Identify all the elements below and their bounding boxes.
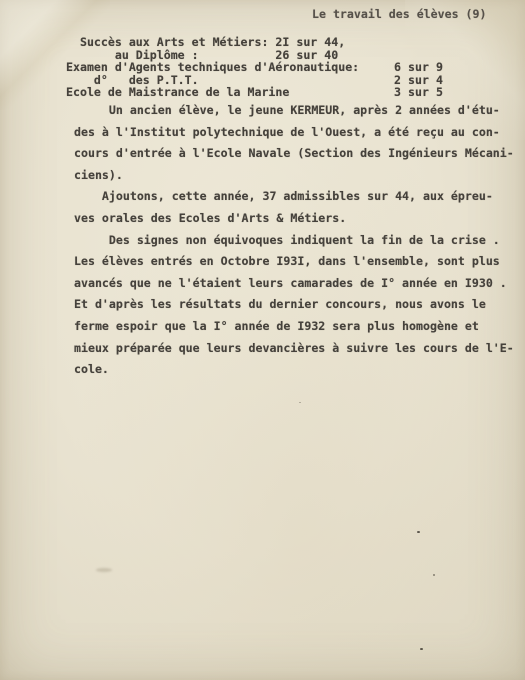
- paragraph: Un ancien élève, le jeune KERMEUR, après…: [74, 100, 514, 186]
- text-line: Ajoutons, cette année, 37 admissibles su…: [74, 186, 514, 208]
- body-text: Un ancien élève, le jeune KERMEUR, après…: [74, 100, 514, 381]
- text-line: cole.: [74, 359, 514, 381]
- document-page: Le travail des élèves (9) Succès aux Art…: [0, 0, 525, 680]
- running-head: Le travail des élèves (9): [312, 7, 487, 21]
- paper-speck: [433, 574, 435, 576]
- text-line: des à l'Institut polytechnique de l'Oues…: [74, 122, 514, 144]
- text-line: Succès aux Arts et Métiers: 2I sur 44,: [66, 36, 443, 49]
- text-line: cours d'entrée à l'Ecole Navale (Section…: [74, 143, 514, 165]
- paper-smudge: [96, 568, 112, 572]
- text-line: Et d'après les résultats du dernier conc…: [74, 294, 514, 316]
- text-line: avancés que ne l'étaient leurs camarades…: [74, 273, 514, 295]
- text-line: ferme espoir que la I° année de I932 ser…: [74, 316, 514, 338]
- results-table: Succès aux Arts et Métiers: 2I sur 44, a…: [66, 36, 443, 99]
- text-line: Des signes non équivoques indiquent la f…: [74, 230, 514, 252]
- text-line: ciens).: [74, 165, 514, 187]
- paper-speck: [417, 531, 420, 533]
- paragraph: Des signes non équivoques indiquent la f…: [74, 230, 514, 381]
- text-line: Ecole de Maistrance de la Marine 3 sur 5: [66, 86, 443, 99]
- paper-speck: [420, 648, 423, 650]
- paragraph: Ajoutons, cette année, 37 admissibles su…: [74, 186, 514, 229]
- text-line: Les élèves entrés en Octobre I93I, dans …: [74, 251, 514, 273]
- text-line: ves orales des Ecoles d'Arts & Métiers.: [74, 208, 514, 230]
- paper-speck: [299, 402, 301, 403]
- text-line: Examen d'Agents techniques d'Aéronautiqu…: [66, 61, 443, 74]
- text-line: mieux préparée que leurs devancières à s…: [74, 338, 514, 360]
- text-line: Un ancien élève, le jeune KERMEUR, après…: [74, 100, 514, 122]
